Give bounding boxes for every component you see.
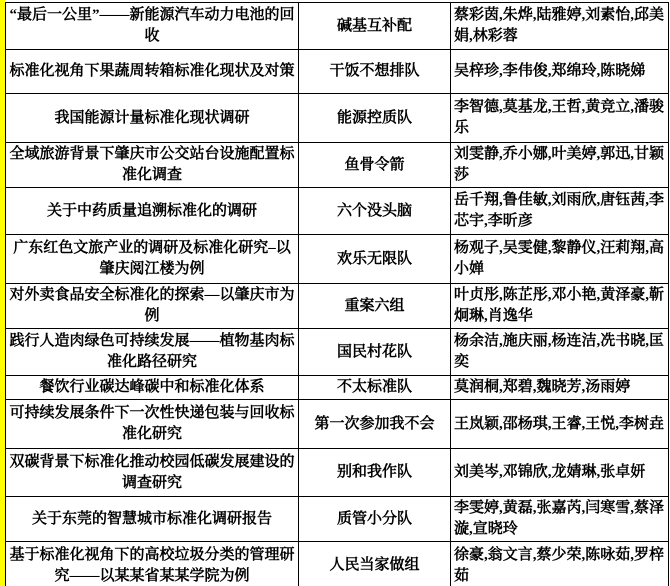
team-name-cell: 欢乐无限队 <box>299 235 451 284</box>
project-title-cell: 可持续发展条件下一次性快递包装与回收标准化研究 <box>6 400 299 449</box>
members-cell: 岳千翔,鲁佳敏,刘雨欣,唐钰茜,李芯宇,李昕彦 <box>451 188 669 235</box>
members-cell: 王岚颖,邵杨琪,王睿,王悦,李树垚 <box>451 400 669 449</box>
members-cell: 杨余洁,施庆丽,杨连洁,冼书晓,匡奕 <box>451 329 669 376</box>
table-row: 基于标准化视角下的高校垃圾分类的管理研究——以某某省某某学院为例 人民当家做组 … <box>6 542 669 586</box>
project-title-cell: “最后一公里”——新能源汽车动力电池的回收 <box>6 3 299 50</box>
team-name-cell: 别和我作队 <box>299 449 451 497</box>
table-row: 可持续发展条件下一次性快递包装与回收标准化研究 第一次参加我不会 王岚颖,邵杨琪… <box>6 400 669 449</box>
team-name-cell: 第一次参加我不会 <box>299 400 451 449</box>
team-name-cell: 不太标准队 <box>299 376 451 400</box>
members-cell: 叶贞彤,陈芷彤,邓小艳,黄泽豪,靳炯琳,肖逸华 <box>451 284 669 329</box>
members-cell: 李智德,莫基龙,王哲,黄竞立,潘骏乐 <box>451 94 669 143</box>
team-name-cell: 干饭不想排队 <box>299 50 451 94</box>
members-cell: 徐豪,翁文言,蔡少荣,陈咏茹,罗梓茹 <box>451 542 669 586</box>
team-name-cell: 质管小分队 <box>299 497 451 542</box>
team-name-cell: 碱基互补配 <box>299 3 451 50</box>
team-name-cell: 六个没头脑 <box>299 188 451 235</box>
results-table: “最后一公里”——新能源汽车动力电池的回收 碱基互补配 蔡彩茵,朱烨,陆雅婷,刘… <box>5 2 669 586</box>
table-row: 广东红色文旅产业的调研及标准化研究–以肇庆阅江楼为例 欢乐无限队 杨观子,吴雯健… <box>6 235 669 284</box>
table-container: “最后一公里”——新能源汽车动力电池的回收 碱基互补配 蔡彩茵,朱烨,陆雅婷,刘… <box>5 0 670 586</box>
members-cell: 莫润桐,郑碧,魏晓芳,汤雨婷 <box>451 376 669 400</box>
project-title-cell: 基于标准化视角下的高校垃圾分类的管理研究——以某某省某某学院为例 <box>6 542 299 586</box>
members-cell: 杨观子,吴雯健,黎静仪,汪莉翔,高小婵 <box>451 235 669 284</box>
project-title-cell: 广东红色文旅产业的调研及标准化研究–以肇庆阅江楼为例 <box>6 235 299 284</box>
project-title-cell: 标准化视角下果蔬周转箱标准化现状及对策 <box>6 50 299 94</box>
project-title-cell: 餐饮行业碳达峰碳中和标准化体系 <box>6 376 299 400</box>
members-cell: 李雯婷,黄磊,张嘉芮,闫寒雪,蔡泽漩,宣晓玲 <box>451 497 669 542</box>
members-cell: 吴梓珍,李伟俊,郑绵玲,陈晓娣 <box>451 50 669 94</box>
project-title-cell: 全域旅游背景下肇庆市公交站台设施配置标准化调查 <box>6 143 299 188</box>
table-row: 对外卖食品安全标准化的探索—以肇庆市为例 重案六组 叶贞彤,陈芷彤,邓小艳,黄泽… <box>6 284 669 329</box>
table-row: 全域旅游背景下肇庆市公交站台设施配置标准化调查 鱼骨令箭 刘雯静,乔小娜,叶美婷… <box>6 143 669 188</box>
table-row: 关于中药质量追溯标准化的调研 六个没头脑 岳千翔,鲁佳敏,刘雨欣,唐钰茜,李芯宇… <box>6 188 669 235</box>
table-row: 关于东莞的智慧城市标准化调研报告 质管小分队 李雯婷,黄磊,张嘉芮,闫寒雪,蔡泽… <box>6 497 669 542</box>
members-cell: 刘美岑,邓锦欣,龙婧琳,张卓妍 <box>451 449 669 497</box>
project-title-cell: 我国能源计量标准化现状调研 <box>6 94 299 143</box>
table-row: 双碳背景下标准化推动校园低碳发展建设的调查研究 别和我作队 刘美岑,邓锦欣,龙婧… <box>6 449 669 497</box>
team-name-cell: 人民当家做组 <box>299 542 451 586</box>
project-title-cell: 关于东莞的智慧城市标准化调研报告 <box>6 497 299 542</box>
team-name-cell: 鱼骨令箭 <box>299 143 451 188</box>
project-title-cell: 双碳背景下标准化推动校园低碳发展建设的调查研究 <box>6 449 299 497</box>
team-name-cell: 国民村花队 <box>299 329 451 376</box>
page: “最后一公里”——新能源汽车动力电池的回收 碱基互补配 蔡彩茵,朱烨,陆雅婷,刘… <box>0 0 670 586</box>
table-row: 餐饮行业碳达峰碳中和标准化体系 不太标准队 莫润桐,郑碧,魏晓芳,汤雨婷 <box>6 376 669 400</box>
team-name-cell: 重案六组 <box>299 284 451 329</box>
project-title-cell: 践行人造肉绿色可持续发展——植物基肉标准化路径研究 <box>6 329 299 376</box>
table-row: 践行人造肉绿色可持续发展——植物基肉标准化路径研究 国民村花队 杨余洁,施庆丽,… <box>6 329 669 376</box>
project-title-cell: 对外卖食品安全标准化的探索—以肇庆市为例 <box>6 284 299 329</box>
table-row: 标准化视角下果蔬周转箱标准化现状及对策 干饭不想排队 吴梓珍,李伟俊,郑绵玲,陈… <box>6 50 669 94</box>
members-cell: 蔡彩茵,朱烨,陆雅婷,刘素怡,邱美娟,林彩蓉 <box>451 3 669 50</box>
table-row: “最后一公里”——新能源汽车动力电池的回收 碱基互补配 蔡彩茵,朱烨,陆雅婷,刘… <box>6 3 669 50</box>
team-name-cell: 能源控质队 <box>299 94 451 143</box>
project-title-cell: 关于中药质量追溯标准化的调研 <box>6 188 299 235</box>
members-cell: 刘雯静,乔小娜,叶美婷,郭迅,甘颖莎 <box>451 143 669 188</box>
table-row: 我国能源计量标准化现状调研 能源控质队 李智德,莫基龙,王哲,黄竞立,潘骏乐 <box>6 94 669 143</box>
